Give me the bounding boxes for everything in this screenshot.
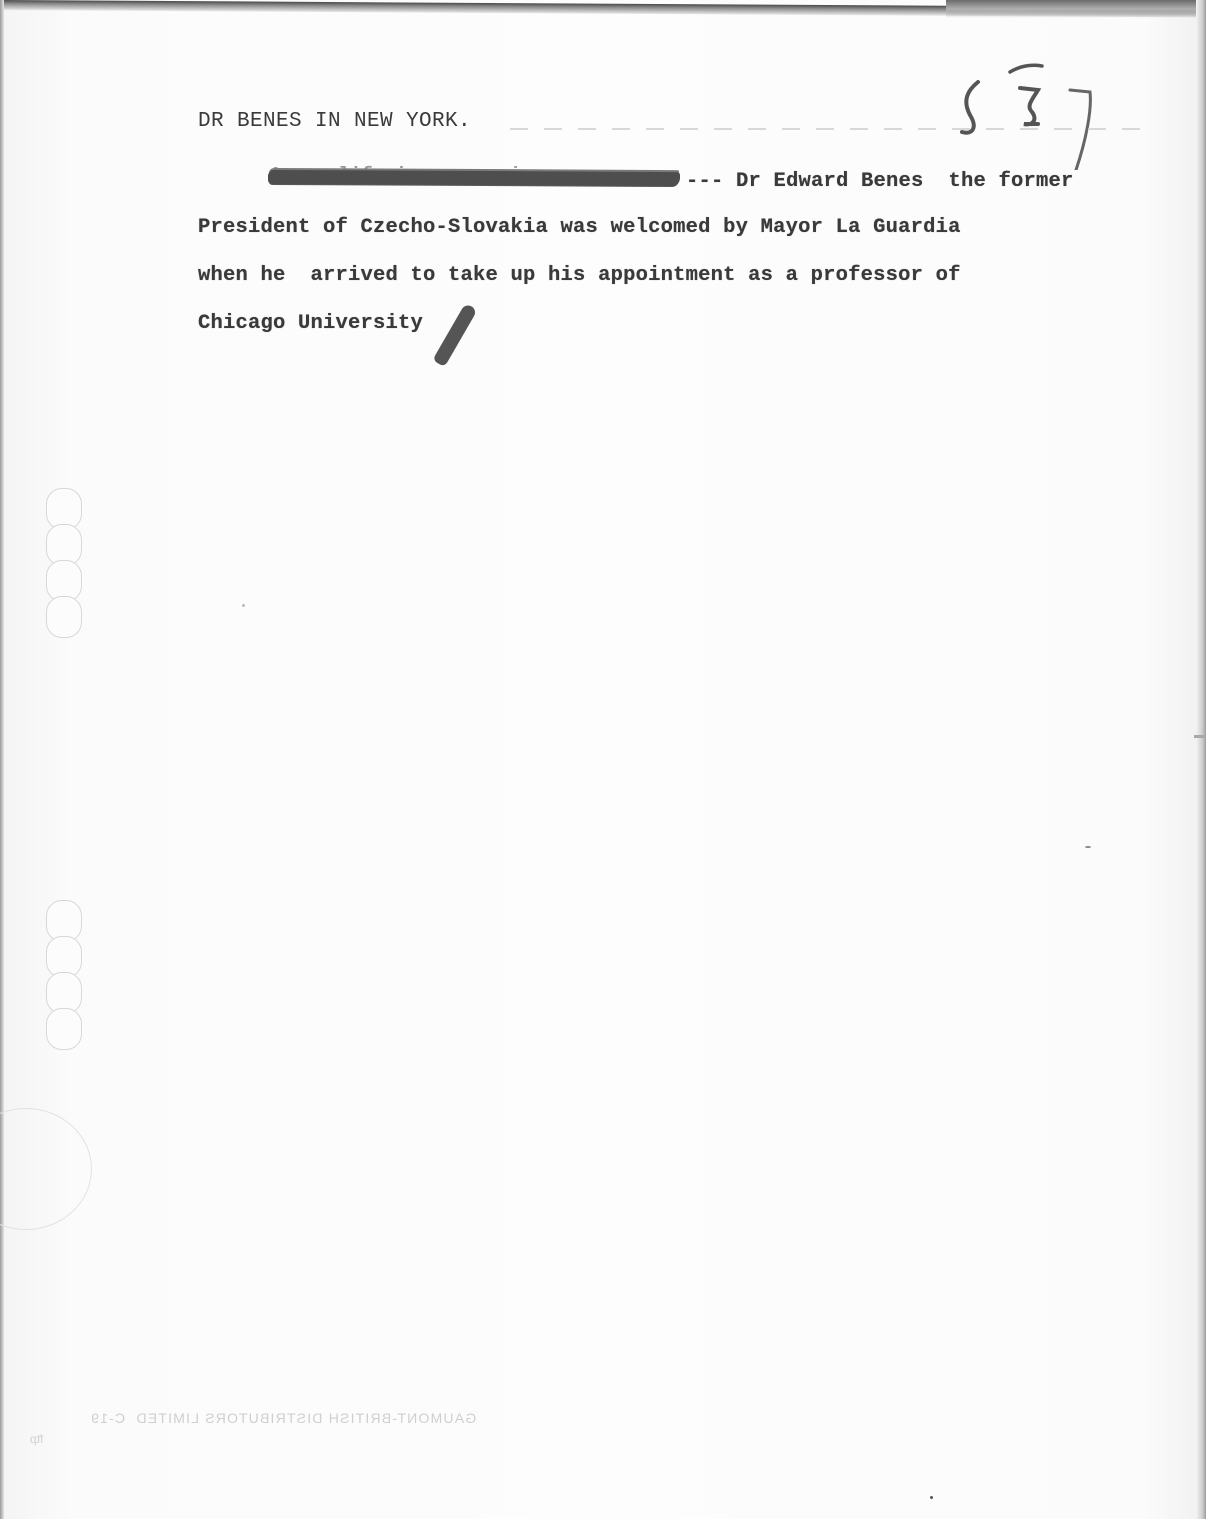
scan-speck	[930, 1496, 933, 1499]
scan-speck	[1085, 846, 1091, 848]
faint-dashed-rule	[510, 128, 1150, 130]
punch-holes-lower	[46, 900, 82, 1050]
scan-left-edge	[0, 0, 4, 1519]
scan-speck	[242, 604, 245, 607]
scan-right-tick	[1194, 735, 1206, 738]
handwritten-page-number	[950, 60, 1130, 170]
body-line-4: Chicago University	[198, 312, 423, 335]
punch-holes-upper	[46, 488, 82, 638]
scan-top-edge-shadow	[946, 0, 1206, 18]
footer-small-mark: ftp	[30, 1432, 43, 1446]
footer-imprint: GAUMONT-BRITISH DISTRIBUTORS LIMITED C-1…	[90, 1410, 476, 1426]
punch-hole-round	[0, 1108, 92, 1230]
headline: DR BENES IN NEW YORK.	[198, 110, 471, 133]
redaction-stroke	[268, 170, 680, 186]
end-mark-stroke	[432, 303, 477, 367]
scan-right-edge	[1196, 0, 1206, 1519]
body-line-3: when he arrived to take up his appointme…	[198, 264, 961, 287]
body-line-1: --- Dr Edward Benes the former	[686, 170, 1074, 193]
document-page: DR BENES IN NEW YORK. A new life is comm…	[0, 0, 1206, 1519]
body-line-2: President of Czecho-Slovakia was welcome…	[198, 216, 961, 239]
